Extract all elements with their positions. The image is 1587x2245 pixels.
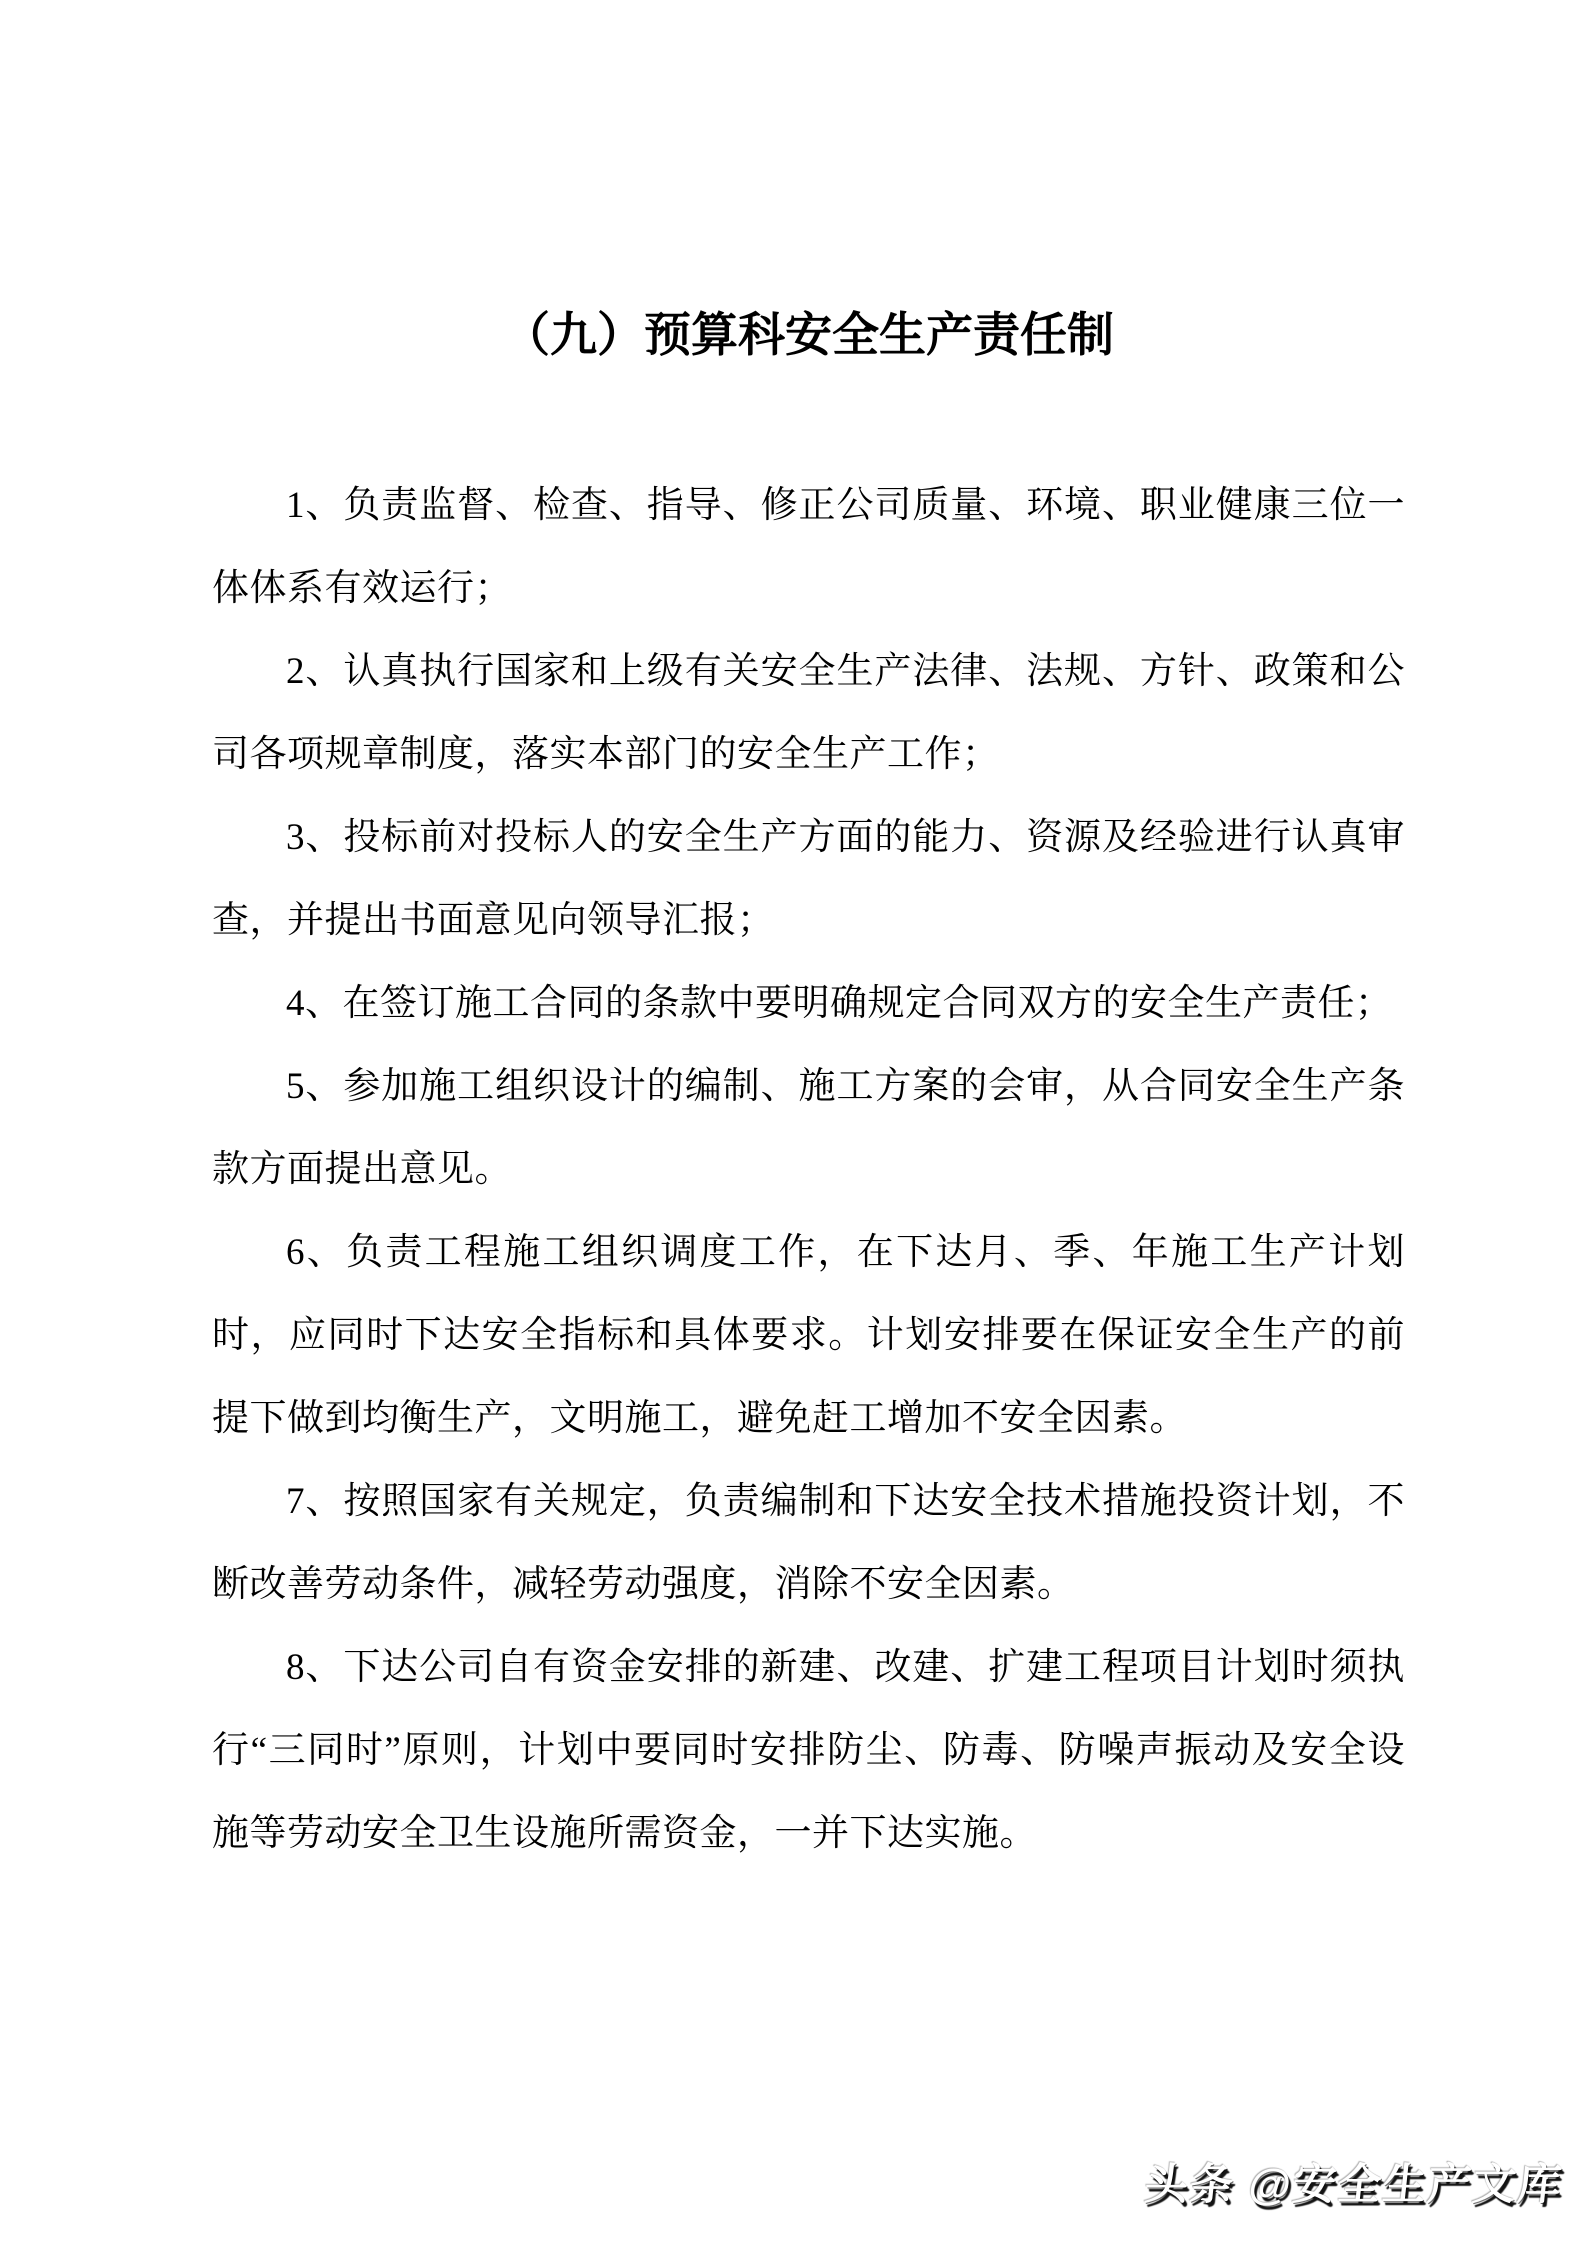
body-paragraph-6: 6、负责工程施工组织调度工作，在下达月、季、年施工生产计划时，应同时下达安全指标… (212, 1211, 1405, 1460)
body-paragraph-2: 2、认真执行国家和上级有关安全生产法律、法规、方针、政策和公司各项规章制度，落实… (212, 630, 1405, 796)
body-paragraph-8: 8、下达公司自有资金安排的新建、改建、扩建工程项目计划时须执行“三同时”原则，计… (212, 1626, 1405, 1875)
page-title: （九）预算科安全生产责任制 (212, 301, 1405, 369)
document-page: （九）预算科安全生产责任制 1、负责监督、检查、指导、修正公司质量、环境、职业健… (0, 0, 1587, 2245)
document-body: 1、负责监督、检查、指导、修正公司质量、环境、职业健康三位一体体系有效运行； 2… (212, 464, 1405, 1875)
body-paragraph-1: 1、负责监督、检查、指导、修正公司质量、环境、职业健康三位一体体系有效运行； (212, 464, 1405, 630)
body-paragraph-7: 7、按照国家有关规定，负责编制和下达安全技术措施投资计划，不断改善劳动条件，减轻… (212, 1460, 1405, 1626)
body-paragraph-4: 4、在签订施工合同的条款中要明确规定合同双方的安全生产责任； (212, 962, 1405, 1045)
watermark: 头条 @安全生产文库 (1142, 2160, 1565, 2210)
document-content: （九）预算科安全生产责任制 1、负责监督、检查、指导、修正公司质量、环境、职业健… (212, 0, 1405, 1875)
body-paragraph-3: 3、投标前对投标人的安全生产方面的能力、资源及经验进行认真审查，并提出书面意见向… (212, 796, 1405, 962)
body-paragraph-5: 5、参加施工组织设计的编制、施工方案的会审，从合同安全生产条款方面提出意见。 (212, 1045, 1405, 1211)
